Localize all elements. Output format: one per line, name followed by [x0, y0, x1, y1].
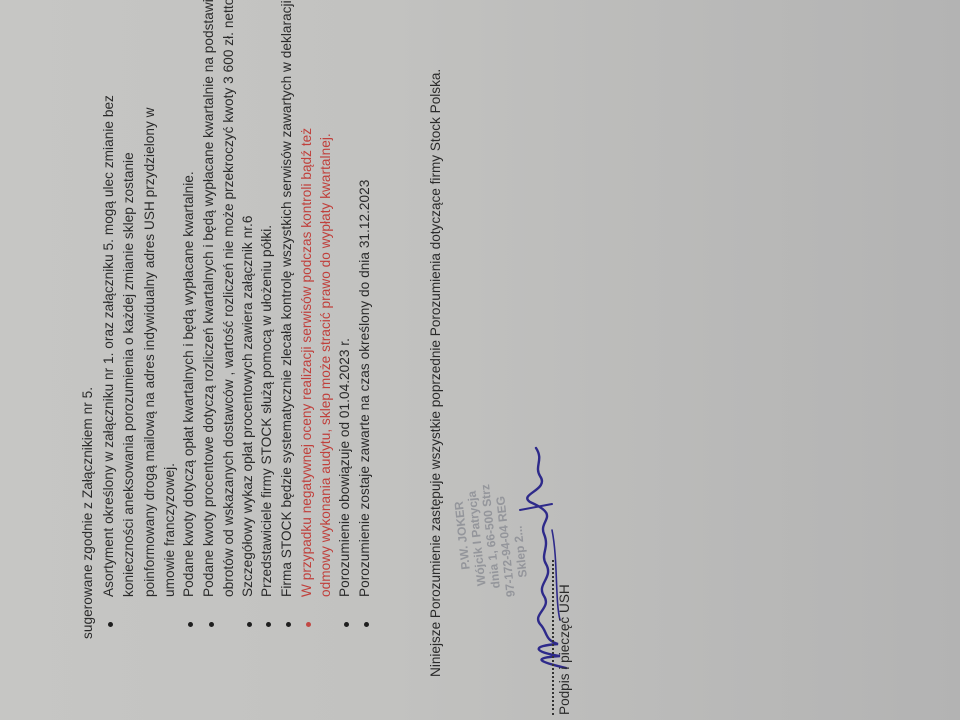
bullet: [247, 622, 252, 627]
bullet: [188, 622, 193, 627]
signature-dotted-line: [552, 560, 554, 715]
doc-line-highlight: odmowy wykonania audytu, sklep może stra…: [316, 133, 335, 597]
doc-line: Szczegółowy wykaz opłat procentowych zaw…: [238, 216, 257, 597]
doc-line: sugerowane zgodnie z Załącznikiem nr 5.: [78, 387, 97, 639]
scanned-document-page: sugerowane zgodnie z Załącznikiem nr 5. …: [0, 0, 960, 720]
doc-line: Przedstawiciele firmy STOCK służą pomocą…: [257, 225, 276, 597]
doc-line: Firma STOCK będzie systematycznie zlecał…: [277, 0, 296, 597]
doc-line: Podane kwoty dotyczą opłat kwartalnych i…: [179, 171, 198, 597]
bullet: [286, 622, 291, 627]
doc-line: Porozumienie obowiązuje od 01.04.2023 r.: [335, 338, 354, 597]
doc-line: Porozumienie zostaje zawarte na czas okr…: [355, 180, 374, 597]
bullet: [108, 622, 113, 627]
bullet: [364, 622, 369, 627]
bullet-red: [306, 622, 311, 627]
doc-line: konieczności aneksowania porozumienia o …: [119, 152, 138, 597]
bullet: [209, 622, 214, 627]
doc-line: obrotów od wskazanych dostawców , wartoś…: [219, 0, 238, 597]
bullet: [266, 622, 271, 627]
doc-line: poinformowany drogą mailową na adres ind…: [140, 107, 159, 597]
doc-line: umowie franczyzowej.: [160, 463, 179, 597]
doc-line: Podane kwoty procentowe dotyczą rozlicze…: [199, 0, 218, 597]
doc-line-highlight: W przypadku negatywnej oceny realizacji …: [297, 128, 316, 597]
signature-label: Podpis i pieczęć USH: [557, 584, 572, 715]
bullet: [344, 622, 349, 627]
footer-note: Niniejsze Porozumienie zastępuje wszystk…: [428, 69, 443, 677]
doc-line: Asortyment określony w załączniku nr 1. …: [99, 95, 118, 597]
